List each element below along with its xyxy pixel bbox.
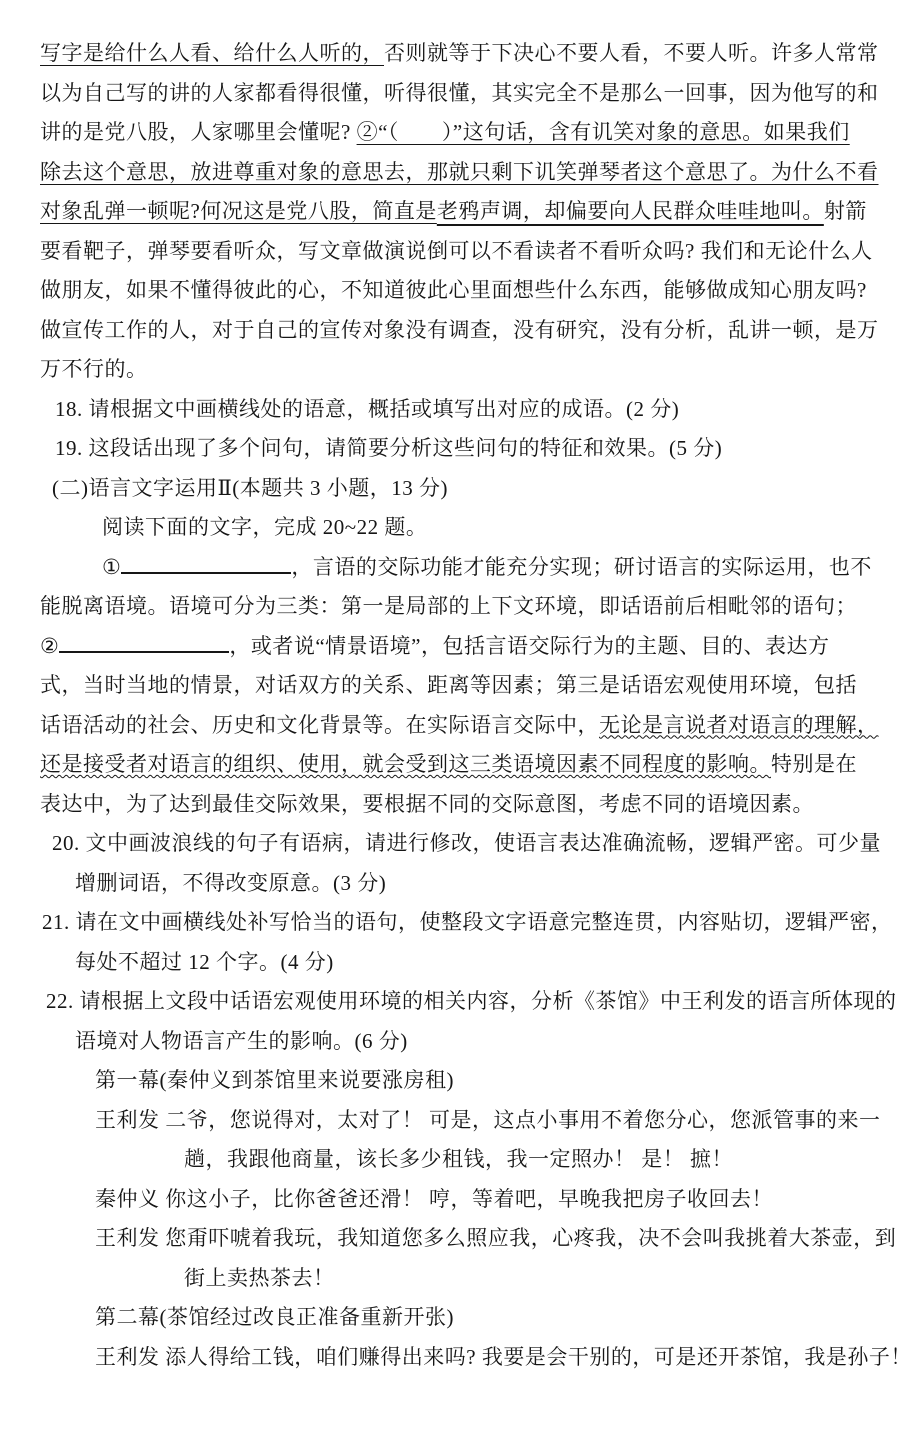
text-line-23: 21. 请在文中画横线处补写恰当的语句，使整段文字语意完整连贯，内容贴切，逻辑严… bbox=[40, 903, 864, 943]
text-line-31: 王利发 您甭吓唬着我玩，我知道您多么照应我，心疼我，决不会叫我挑着大茶壶，到 bbox=[40, 1219, 864, 1259]
exam-page: 写字是给什么人看、给什么人听的，否则就等于下决心不要人看，不要人听。许多人常常以… bbox=[0, 0, 900, 1445]
text-segment: 做宣传工作的人，对于自己的宣传对象没有调查，没有研究，没有分析，乱讲一顿，是万 bbox=[40, 318, 879, 342]
fill-in-blank-line bbox=[59, 630, 229, 653]
underlined-text: ②“（ ）”这句话，含有讥笑对象的意思。如果我们 bbox=[357, 120, 850, 144]
text-line-21: 20. 文中画波浪线的句子有语病，请进行修改，使语言表达准确流畅，逻辑严密。可少… bbox=[40, 824, 864, 864]
text-line-30: 秦仲义 你这小子，比你爸爸还滑！ 哼，等着吧，早晚我把房子收回去！ bbox=[40, 1180, 864, 1220]
text-segment: 话语活动的社会、历史和文化背景等。在实际语言交际中， bbox=[40, 713, 599, 737]
text-line-14: ①，言语的交际功能才能充分实现；研讨语言的实际运用，也不 bbox=[40, 548, 864, 588]
text-line-18: 话语活动的社会、历史和文化背景等。在实际语言交际中，无论是言说者对语言的理解， bbox=[40, 706, 864, 746]
text-line-26: 语境对人物语言产生的影响。(6 分) bbox=[40, 1022, 864, 1062]
text-segment: 趟，我跟他商量，该长多少租钱，我一定照办！ 是！ 摭！ bbox=[184, 1147, 733, 1171]
text-segment: 王利发 添人得给工钱，咱们赚得出来吗? 我要是会干别的，可是还开茶馆，我是孙子！ bbox=[95, 1345, 900, 1369]
text-segment: 做朋友，如果不懂得彼此的心，不知道彼此心里面想些什么东西，能够做成知心朋友吗? bbox=[40, 278, 867, 302]
text-segment: 特别是在 bbox=[771, 752, 857, 776]
text-line-12: (二)语言文字运用Ⅱ(本题共 3 小题，13 分) bbox=[40, 469, 864, 509]
text-line-28: 王利发 二爷，您说得对，太对了！ 可是，这点小事用不着您分心，您派管事的来一 bbox=[40, 1101, 864, 1141]
text-segment: ，或者说“情景语境”，包括言语交际行为的主题、目的、表达方 bbox=[229, 634, 829, 658]
text-line-3: 讲的是党八股，人家哪里会懂呢? ②“（ ）”这句话，含有讥笑对象的意思。如果我们 bbox=[40, 113, 864, 153]
text-segment: 王利发 您甭吓唬着我玩，我知道您多么照应我，心疼我，决不会叫我挑着大茶壶，到 bbox=[95, 1226, 896, 1250]
text-segment: 以为自己写的讲的人家都看得很懂，听得很懂，其实完全不是那么一回事，因为他写的和 bbox=[40, 81, 879, 105]
text-segment: 式，当时当地的情景，对话双方的关系、距离等因素；第三是话语宏观使用环境，包括 bbox=[40, 673, 857, 697]
text-segment: 每处不超过 12 个字。(4 分) bbox=[75, 950, 334, 974]
text-segment: 能脱离语境。语境可分为三类：第一是局部的上下文环境，即话语前后相毗邻的语句； bbox=[40, 594, 857, 618]
text-segment: 射箭 bbox=[824, 199, 867, 223]
text-line-24: 每处不超过 12 个字。(4 分) bbox=[40, 943, 864, 983]
text-line-6: 要看靶子，弹琴要看听众，写文章做演说倒可以不看读者不看听众吗? 我们和无论什么人 bbox=[40, 232, 864, 272]
fill-in-blank-line bbox=[121, 551, 291, 574]
text-segment: 19. 这段话出现了多个问句，请简要分析这些问句的特征和效果。(5 分) bbox=[55, 436, 722, 460]
text-line-25: 22. 请根据上文段中话语宏观使用环境的相关内容，分析《茶馆》中王利发的语言所体… bbox=[40, 982, 864, 1022]
text-segment: 21. 请在文中画横线处补写恰当的语句，使整段文字语意完整连贯，内容贴切，逻辑严… bbox=[42, 910, 893, 934]
text-segment: 要看靶子，弹琴要看听众，写文章做演说倒可以不看读者不看听众吗? 我们和无论什么人 bbox=[40, 239, 873, 263]
text-line-2: 以为自己写的讲的人家都看得很懂，听得很懂，其实完全不是那么一回事，因为他写的和 bbox=[40, 74, 864, 114]
text-segment: 万不行的。 bbox=[40, 357, 148, 381]
wavy-underlined-text: 还是接受者对语言的组织、使用，就会受到这三类语境因素不同程度的影响。 bbox=[40, 752, 771, 776]
text-line-7: 做朋友，如果不懂得彼此的心，不知道彼此心里面想些什么东西，能够做成知心朋友吗? bbox=[40, 271, 864, 311]
text-line-19: 还是接受者对语言的组织、使用，就会受到这三类语境因素不同程度的影响。特别是在 bbox=[40, 745, 864, 785]
text-segment: 阅读下面的文字，完成 20~22 题。 bbox=[102, 515, 427, 539]
wavy-underlined-text: 无论是言说者对语言的理解， bbox=[599, 713, 879, 737]
text-segment: (二)语言文字运用Ⅱ(本题共 3 小题，13 分) bbox=[52, 476, 448, 500]
text-segment: 否则就等于下决心不要人看，不要人听。许多人常常 bbox=[384, 41, 879, 65]
text-line-29: 趟，我跟他商量，该长多少租钱，我一定照办！ 是！ 摭！ bbox=[40, 1140, 864, 1180]
text-segment: 街上卖热茶去！ bbox=[184, 1266, 335, 1290]
underlined-text: 除去这个意思，放进尊重对象的意思去，那就只剩下讥笑弹琴者这个意思了。为什么不看 bbox=[40, 160, 879, 184]
text-segment: 讲的是党八股，人家哪里会懂呢? bbox=[40, 120, 357, 144]
text-line-10: 18. 请根据文中画横线处的语意，概括或填写出对应的成语。(2 分) bbox=[40, 390, 864, 430]
text-segment: 秦仲义 你这小子，比你爸爸还滑！ 哼，等着吧，早晚我把房子收回去！ bbox=[95, 1187, 773, 1211]
text-line-5: 对象乱弹一顿呢?何况这是党八股，简直是老鸦声调，却偏要向人民群众哇哇地叫。射箭 bbox=[40, 192, 864, 232]
text-segment: 语境对人物语言产生的影响。(6 分) bbox=[75, 1029, 408, 1053]
text-segment: 18. 请根据文中画横线处的语意，概括或填写出对应的成语。(2 分) bbox=[55, 397, 679, 421]
text-segment: 20. 文中画波浪线的句子有语病，请进行修改，使语言表达准确流畅，逻辑严密。可少… bbox=[52, 831, 881, 855]
text-segment: 表达中，为了达到最佳交际效果，要根据不同的交际意图，考虑不同的语境因素。 bbox=[40, 792, 814, 816]
text-line-8: 做宣传工作的人，对于自己的宣传对象没有调查，没有研究，没有分析，乱讲一顿，是万 bbox=[40, 311, 864, 351]
text-line-4: 除去这个意思，放进尊重对象的意思去，那就只剩下讥笑弹琴者这个意思了。为什么不看 bbox=[40, 153, 864, 193]
text-line-16: ②，或者说“情景语境”，包括言语交际行为的主题、目的、表达方 bbox=[40, 627, 864, 667]
text-segment: 22. 请根据上文段中话语宏观使用环境的相关内容，分析《茶馆》中王利发的语言所体… bbox=[46, 989, 897, 1013]
text-segment: ，言语的交际功能才能充分实现；研讨语言的实际运用，也不 bbox=[291, 555, 872, 579]
text-segment: 增删词语，不得改变原意。(3 分) bbox=[75, 871, 386, 895]
text-segment: ② bbox=[40, 634, 59, 658]
text-line-13: 阅读下面的文字，完成 20~22 题。 bbox=[40, 508, 864, 548]
text-line-9: 万不行的。 bbox=[40, 350, 864, 390]
underlined-text: 写字是给什么人看、给什么人听的， bbox=[40, 41, 384, 65]
text-segment: 王利发 二爷，您说得对，太对了！ 可是，这点小事用不着您分心，您派管事的来一 bbox=[95, 1108, 881, 1132]
text-line-22: 增删词语，不得改变原意。(3 分) bbox=[40, 864, 864, 904]
text-line-17: 式，当时当地的情景，对话双方的关系、距离等因素；第三是话语宏观使用环境，包括 bbox=[40, 666, 864, 706]
text-line-33: 第二幕(茶馆经过改良正准备重新开张) bbox=[40, 1298, 864, 1338]
text-line-32: 街上卖热茶去！ bbox=[40, 1259, 864, 1299]
text-line-20: 表达中，为了达到最佳交际效果，要根据不同的交际意图，考虑不同的语境因素。 bbox=[40, 785, 864, 825]
text-segment: 第一幕(秦仲义到茶馆里来说要涨房租) bbox=[95, 1068, 454, 1092]
text-line-15: 能脱离语境。语境可分为三类：第一是局部的上下文环境，即话语前后相毗邻的语句； bbox=[40, 587, 864, 627]
text-line-11: 19. 这段话出现了多个问句，请简要分析这些问句的特征和效果。(5 分) bbox=[40, 429, 864, 469]
underlined-text-bold: 老鸦声调，却偏要向人民群众哇哇地叫。 bbox=[437, 199, 824, 223]
text-line-1: 写字是给什么人看、给什么人听的，否则就等于下决心不要人看，不要人听。许多人常常 bbox=[40, 34, 864, 74]
text-segment: 第二幕(茶馆经过改良正准备重新开张) bbox=[95, 1305, 454, 1329]
text-line-27: 第一幕(秦仲义到茶馆里来说要涨房租) bbox=[40, 1061, 864, 1101]
text-line-34: 王利发 添人得给工钱，咱们赚得出来吗? 我要是会干别的，可是还开茶馆，我是孙子！ bbox=[40, 1338, 864, 1378]
text-segment: ① bbox=[102, 555, 121, 579]
underlined-text: 对象乱弹一顿呢?何况这是党八股，简直是 bbox=[40, 199, 437, 223]
